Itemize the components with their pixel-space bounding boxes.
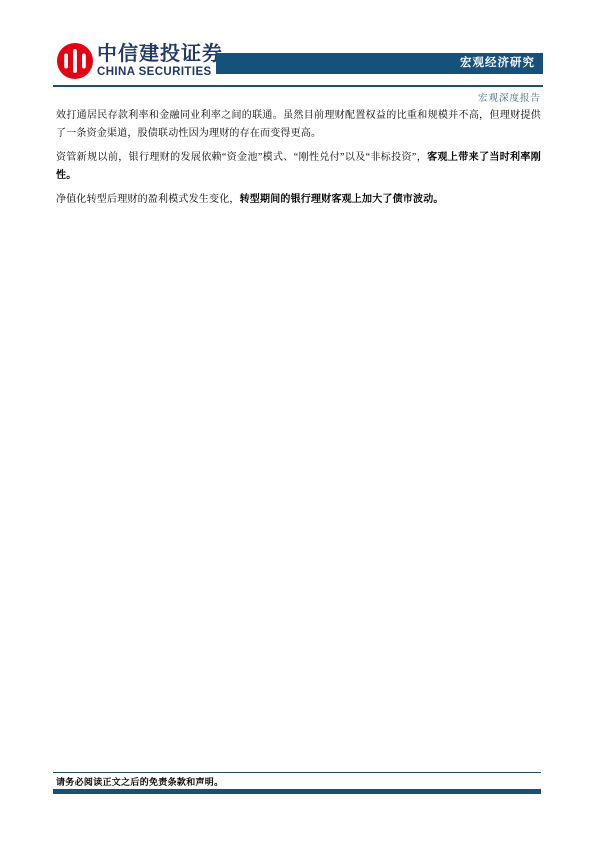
report-body: 效打通居民存款利率和金融同业利率之间的联通。虽然目前理财配置权益的比重和规模并不…	[56, 107, 541, 215]
brand-name-en: CHINA SECURITIES	[97, 67, 223, 79]
report-paragraph: 效打通居民存款利率和金融同业利率之间的联通。虽然目前理财配置权益的比重和规模并不…	[56, 107, 541, 143]
citic-logo-icon	[57, 43, 93, 79]
brand-name-cn: 中信建投证券	[97, 44, 223, 64]
footer-rule	[53, 772, 541, 773]
paragraph-emphasis: 转型期间的银行理财客观上加大了债市波动。	[240, 194, 444, 205]
disclaimer-text: 请务必阅读正文之后的免责条款和声明。	[56, 775, 536, 788]
brand-block: 中信建投证券 CHINA SECURITIES	[97, 44, 223, 79]
paragraph-text: 净值化转型后理财的盈利模式发生变化，	[56, 194, 240, 205]
report-paragraph: 资管新规以前，银行理财的发展依赖“资金池”模式、“刚性兑付”以及“非标投资”，客…	[56, 149, 541, 185]
paragraph-text: 资管新规以前，银行理财的发展依赖“资金池”模式、“刚性兑付”以及“非标投资”，	[56, 152, 427, 163]
report-type-label: 宏观深度报告	[216, 90, 541, 104]
header-rule	[53, 85, 543, 87]
footer-bar	[53, 789, 541, 794]
report-page: 中信建投证券 CHINA SECURITIES 宏观经济研究 宏观深度报告 效打…	[0, 0, 595, 842]
report-paragraph: 净值化转型后理财的盈利模式发生变化，转型期间的银行理财客观上加大了债市波动。	[56, 191, 541, 209]
category-banner: 宏观经济研究	[216, 53, 543, 74]
paragraph-text: 效打通居民存款利率和金融同业利率之间的联通。虽然目前理财配置权益的比重和规模并不…	[56, 110, 541, 139]
